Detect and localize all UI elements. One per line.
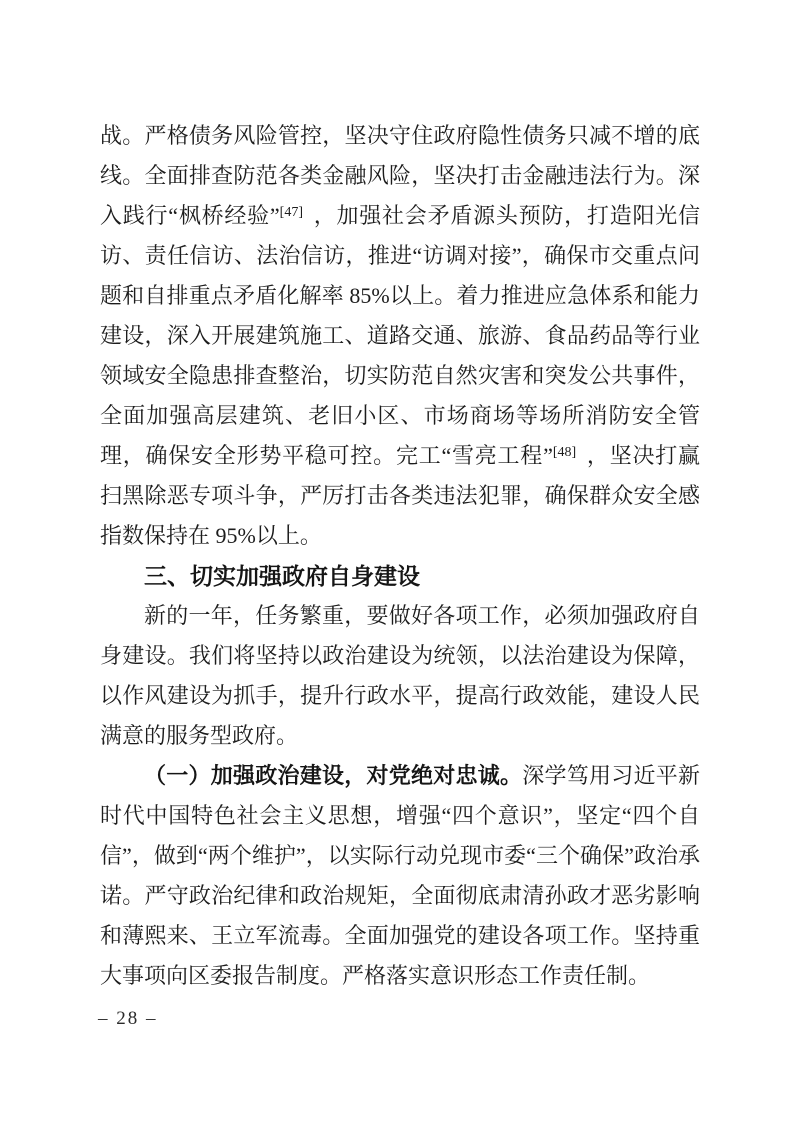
footnote-ref-47: [47] — [280, 205, 303, 220]
section-heading: 三、切实加强政府自身建设 — [100, 556, 700, 596]
paragraph-intro: 新的一年，任务繁重，要做好各项工作，必须加强政府自身建设。我们将坚持以政治建设为… — [100, 596, 700, 756]
paragraph-item-1: （一）加强政治建设，对党绝对忠诚。深学笃用习近平新时代中国特色社会主义思想，增强… — [100, 756, 700, 996]
paragraph-continuation: 战。严格债务风险管控，坚决守住政府隐性债务只减不增的底线。全面排查防范各类金融风… — [100, 116, 700, 556]
page-content: 战。严格债务风险管控，坚决守住政府隐性债务只减不增的底线。全面排查防范各类金融风… — [100, 116, 700, 1000]
item-1-body: 深学笃用习近平新时代中国特色社会主义思想，增强“四个意识”，坚定“四个自信”，做… — [100, 763, 700, 988]
document-page: 战。严格债务风险管控，坚决守住政府隐性债务只减不增的底线。全面排查防范各类金融风… — [0, 0, 793, 1122]
item-1-heading: （一）加强政治建设，对党绝对忠诚。 — [144, 763, 522, 788]
paragraph-continuation-text-2: ，加强社会矛盾源头预防，打造阳光信访、责任信访、法治信访，推进“访调对接”，确保… — [100, 203, 700, 468]
footnote-ref-48: [48] — [553, 445, 576, 460]
page-number: – 28 – — [98, 1006, 158, 1032]
